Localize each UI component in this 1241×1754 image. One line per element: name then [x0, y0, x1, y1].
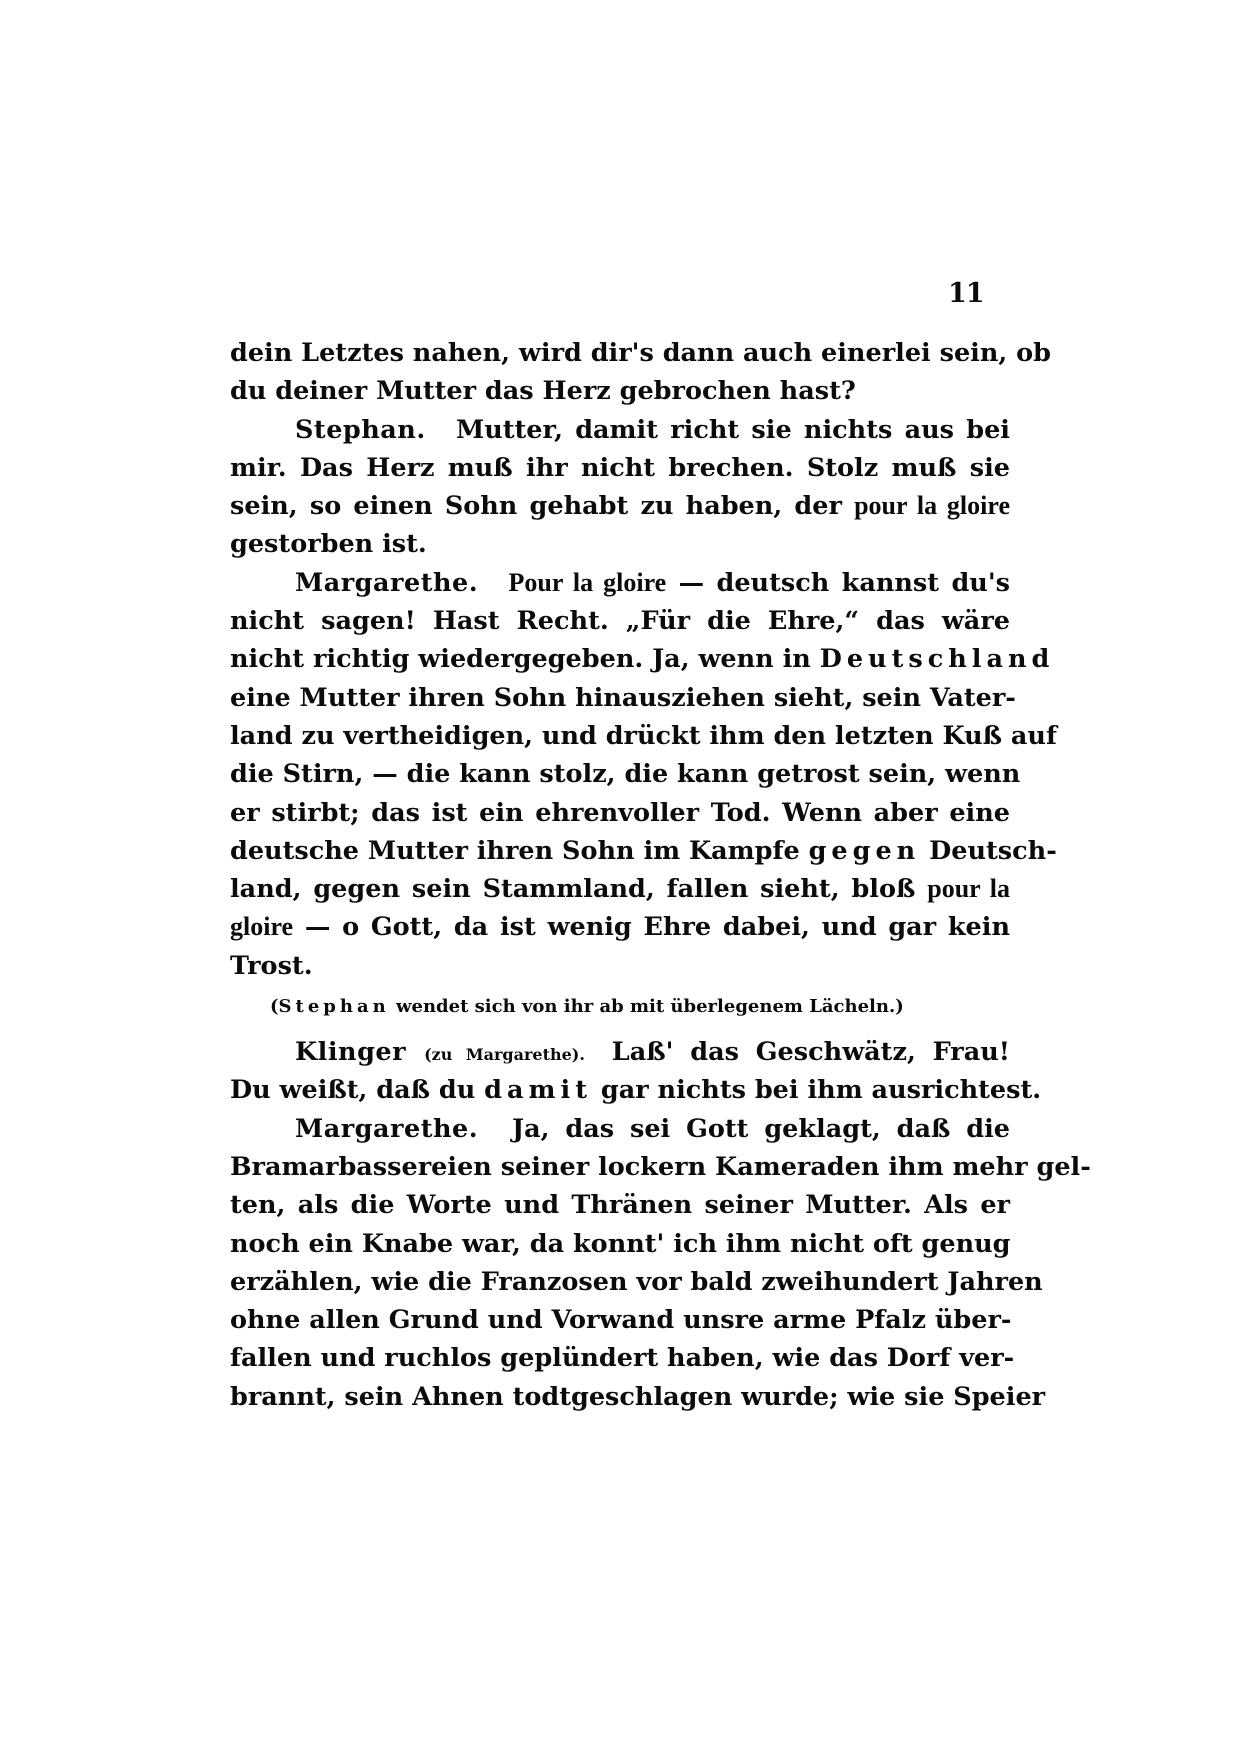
text-line: Du weißt, daß du damit gar nichts bei ih…	[230, 1071, 1010, 1109]
speech-text: — o Gott, da ist wenig Ehre dabei, und g…	[305, 912, 1010, 942]
text-line: erzählen, wie die Franzosen vor bald zwe…	[230, 1263, 1010, 1301]
speaker-aside: (zu Margarethe).	[424, 1045, 585, 1064]
book-page: 11 dein Letztes nahen, wird dir's dann a…	[0, 0, 1241, 1754]
emphasized-word: Deutschland	[820, 644, 1055, 674]
page-number: 11	[948, 278, 984, 309]
latin-phrase: pour la	[927, 874, 1010, 903]
text-line: er stirbt; das ist ein ehrenvoller Tod. …	[230, 794, 1010, 832]
speech-margarethe-2: Margarethe. Ja, das sei Gott geklagt, da…	[230, 1110, 1010, 1148]
emphasized-word: damit	[484, 1075, 592, 1105]
text-line: gestorben ist.	[230, 525, 1010, 563]
latin-phrase: Pour la gloire	[509, 568, 667, 597]
text-line: die Stirn, — die kann stolz, die kann ge…	[230, 755, 1010, 793]
speaker-name: Klinger	[295, 1037, 406, 1067]
emphasized-word: gegen	[809, 836, 921, 866]
speech-text: sein, so einen Sohn gehabt zu haben, der	[230, 491, 842, 521]
text-line: deutsche Mutter ihren Sohn im Kampfe geg…	[230, 832, 1010, 870]
stage-paren: (	[270, 996, 279, 1017]
speech-stephan: Stephan. Mutter, damit richt sie nichts …	[230, 411, 1010, 449]
text-line: ten, als die Worte und Thränen seiner Mu…	[230, 1186, 1010, 1224]
latin-phrase: gloire	[230, 912, 293, 941]
speech-klinger: Klinger(zu Margarethe). Laß' das Geschwä…	[230, 1033, 1010, 1071]
text-line: nicht sagen! Hast Recht. „Für die Ehre,“…	[230, 602, 1010, 640]
text-line: land zu vertheidigen, und drückt ihm den…	[230, 717, 1010, 755]
speech-text: Laß' das Geschwätz, Frau!	[612, 1037, 1010, 1067]
speech-text: Du weißt, daß du	[230, 1075, 475, 1105]
speech-text: nicht richtig wiedergegeben. Ja, wenn in	[230, 644, 811, 674]
speech-text: gar nichts bei ihm ausrichtest.	[601, 1075, 1041, 1105]
text-line: gloire — o Gott, da ist wenig Ehre dabei…	[230, 908, 1010, 946]
speaker-name: Stephan.	[295, 415, 426, 445]
text-line: noch ein Knabe war, da konnt' ich ihm ni…	[230, 1225, 1010, 1263]
speech-text: deutsche Mutter ihren Sohn im Kampfe	[230, 836, 800, 866]
text-line: mir. Das Herz muß ihr nicht brechen. Sto…	[230, 449, 1010, 487]
speaker-name: Margarethe.	[295, 568, 478, 598]
text-line: dein Letztes nahen, wird dir's dann auch…	[230, 334, 1010, 372]
text-line: ohne allen Grund und Vorwand unsre arme …	[230, 1301, 1010, 1339]
speech-text: Ja, das sei Gott geklagt, daß die	[512, 1114, 1010, 1144]
speech-margarethe: Margarethe. Pour la gloire — deutsch kan…	[230, 564, 1010, 602]
stage-text: wendet sich von ihr ab mit überlegenem L…	[396, 996, 904, 1017]
text-line: eine Mutter ihren Sohn hinausziehen sieh…	[230, 679, 1010, 717]
stage-character: Stephan	[279, 996, 390, 1017]
text-line: Bramarbassereien seiner lockern Kamerade…	[230, 1148, 1010, 1186]
text-line: land, gegen sein Stammland, fallen sieht…	[230, 870, 1010, 908]
latin-phrase: pour la gloire	[854, 491, 1010, 520]
speech-text: Mutter, damit richt sie nichts aus bei	[456, 415, 1010, 445]
speaker-name: Margarethe.	[295, 1114, 478, 1144]
text-line: sein, so einen Sohn gehabt zu haben, der…	[230, 487, 1010, 525]
text-line: brannt, sein Ahnen todtgeschlagen wurde;…	[230, 1378, 1010, 1416]
text-body: dein Letztes nahen, wird dir's dann auch…	[230, 334, 1010, 1416]
text-line: Trost.	[230, 947, 1010, 985]
text-line: du deiner Mutter das Herz gebrochen hast…	[230, 372, 1010, 410]
text-line: nicht richtig wiedergegeben. Ja, wenn in…	[230, 640, 1010, 678]
speech-text: — deutsch kannst du's	[679, 568, 1010, 598]
speech-text: Deutsch-	[929, 836, 1057, 866]
speech-text: land, gegen sein Stammland, fallen sieht…	[230, 874, 915, 904]
text-line: fallen und ruchlos geplündert haben, wie…	[230, 1339, 1010, 1377]
stage-direction: (Stephan wendet sich von ihr ab mit über…	[230, 985, 1010, 1033]
